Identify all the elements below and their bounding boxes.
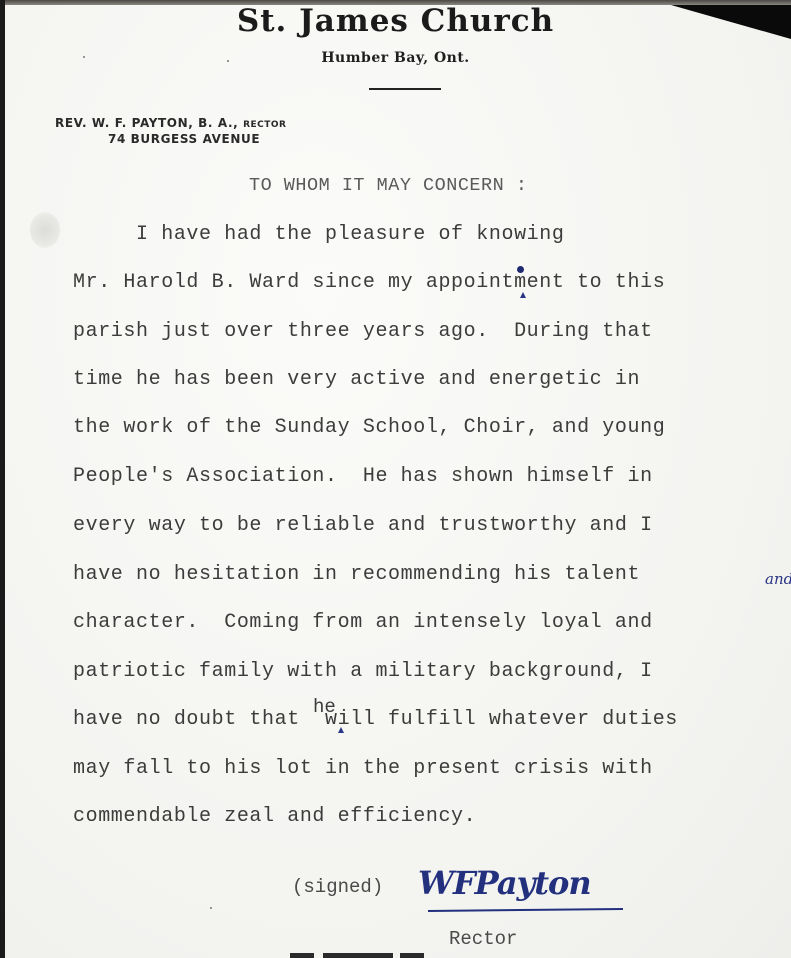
rectory-address: 74 BURGESS AVENUE (108, 132, 260, 146)
rector-name: REV. W. F. PAYTON, B. A., (55, 116, 238, 130)
signed-label: (signed) (292, 876, 383, 898)
scan-bottom-mark (290, 953, 314, 958)
body-line: have no hesitation in recommending his t… (73, 563, 640, 586)
body-line: commendable zeal and efficiency. (73, 805, 476, 828)
body-line: may fall to his lot in the present crisi… (73, 757, 653, 780)
paper-speck (210, 907, 212, 909)
handwritten-signature: WFPayton (418, 864, 591, 902)
body-line: People's Association. He has shown himse… (73, 465, 653, 488)
body-line: have no doubt that will fulfill whatever… (73, 708, 678, 731)
body-line: I have had the pleasure of knowing (73, 223, 564, 246)
salutation: TO WHOM IT MAY CONCERN : (249, 175, 527, 196)
body-line: patriotic family with a military backgro… (73, 660, 653, 683)
body-line: parish just over three years ago. During… (73, 320, 653, 343)
paper-stain (30, 212, 60, 248)
handwritten-insert-and: and (765, 570, 791, 588)
body-line: every way to be reliable and trustworthy… (73, 514, 653, 537)
body-line: character. Coming from an intensely loya… (73, 611, 653, 634)
rector-line: REV. W. F. PAYTON, B. A., RECTOR (55, 116, 286, 130)
scan-bottom-mark (323, 953, 393, 958)
letterhead-divider (369, 88, 441, 90)
rector-title: RECTOR (243, 120, 286, 130)
typed-insert-he: he (313, 696, 336, 718)
church-location: Humber Bay, Ont. (0, 50, 791, 66)
body-line: the work of the Sunday School, Choir, an… (73, 416, 665, 439)
closing-title: Rector (449, 928, 517, 950)
church-name: St. James Church (0, 3, 791, 39)
ink-correction-dot (517, 266, 524, 273)
insertion-caret (520, 292, 526, 298)
body-line: Mr. Harold B. Ward since my appointment … (73, 271, 665, 294)
scan-bottom-mark (400, 953, 424, 958)
insertion-caret (338, 727, 344, 733)
body-line: time he has been very active and energet… (73, 368, 640, 391)
